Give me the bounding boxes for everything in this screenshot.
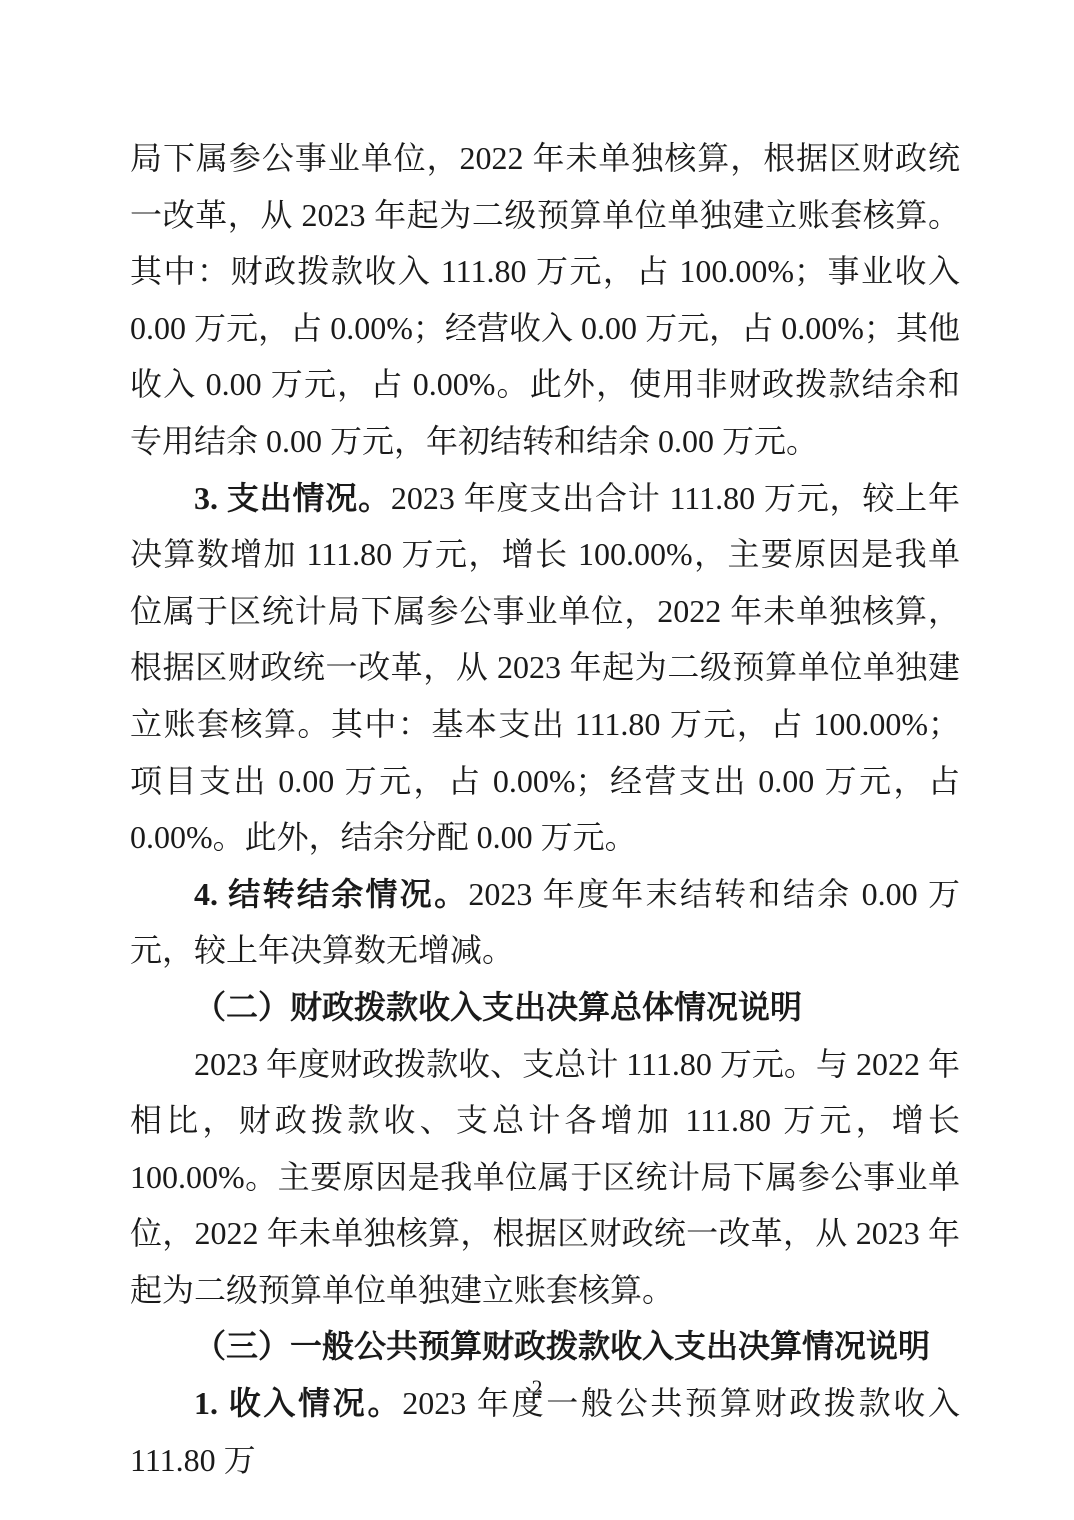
paragraph-revenue-continuation: 局下属参公事业单位，2022 年未单独核算，根据区财政统一改革，从 2023 年… [130, 130, 960, 470]
document-body: 局下属参公事业单位，2022 年未单独核算，根据区财政统一改革，从 2023 年… [130, 130, 960, 1488]
paragraph-fiscal-total: 2023 年度财政拨款收、支总计 111.80 万元。与 2022 年相比，财政… [130, 1036, 960, 1319]
paragraph-expenditure-lead: 3. 支出情况。 [194, 480, 391, 516]
paragraph-expenditure-body: 2023 年度支出合计 111.80 万元，较上年决算数增加 111.80 万元… [130, 480, 960, 856]
paragraph-carryover-lead: 4. 结转结余情况。 [194, 876, 468, 912]
page-number: 2 [0, 1375, 1074, 1401]
document-page: 局下属参公事业单位，2022 年未单独核算，根据区财政统一改革，从 2023 年… [0, 0, 1074, 1520]
paragraph-expenditure: 3. 支出情况。2023 年度支出合计 111.80 万元，较上年决算数增加 1… [130, 470, 960, 866]
paragraph-carryover: 4. 结转结余情况。2023 年度年末结转和结余 0.00 万元，较上年决算数无… [130, 866, 960, 979]
section-heading-3: （三）一般公共预算财政拨款收入支出决算情况说明 [130, 1318, 960, 1375]
section-heading-2: （二）财政拨款收入支出决算总体情况说明 [130, 979, 960, 1036]
